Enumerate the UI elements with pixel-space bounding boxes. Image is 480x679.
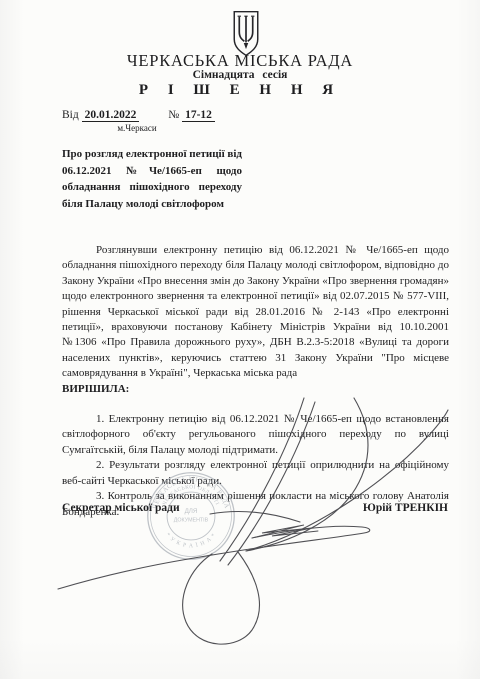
document-type-title: Р І Ш Е Н Н Я (0, 82, 480, 99)
official-round-stamp: ЧЕРКАСЬКА МІСЬКА РАДА ЧЕРКАСЬКОЇ ОБЛАСТІ… (145, 470, 237, 562)
ukraine-trident-icon (229, 10, 263, 57)
date-number-row: Від 20.01.2022 № 17-12 (62, 109, 215, 121)
stamp-center-line2: ДОКУМЕНТІВ (174, 518, 209, 524)
session-line: Сімнадцята сесія (0, 69, 480, 81)
resolved-word: ВИРІШИЛА: (62, 382, 449, 397)
organization-name: ЧЕРКАСЬКА МІСЬКА РАДА (0, 51, 480, 71)
number-sign: № (168, 109, 179, 121)
resolution-item-1: 1. Електронну петицію від 06.12.2021 № Ч… (62, 412, 449, 458)
signature-row: Секретар міської ради Юрій ТРЕНКІН (62, 502, 448, 514)
document-page: ЧЕРКАСЬКА МІСЬКА РАДА Сімнадцята сесія Р… (0, 0, 480, 679)
stamp-ring-bottom-text: * У К Р А Ї Н А * (164, 532, 217, 549)
signer-name: Юрій ТРЕНКІН (363, 502, 448, 514)
document-date: 20.01.2022 (82, 109, 140, 122)
subject-block: Про розгляд електронної петиції від 06.1… (62, 146, 242, 212)
preamble-paragraph: Розглянувши електронну петицію від 06.12… (62, 243, 449, 382)
document-number: 17-12 (182, 109, 215, 122)
date-prefix: Від (62, 109, 79, 121)
svg-text:* У К Р А Ї Н А *: * У К Р А Ї Н А * (164, 532, 217, 549)
resolution-item-2: 2. Результати розгляду електронної петиц… (62, 458, 449, 489)
signer-title: Секретар міської ради (62, 502, 180, 514)
city-label: м.Черкаси (62, 123, 212, 133)
body-column: Розглянувши електронну петицію від 06.12… (62, 243, 449, 520)
